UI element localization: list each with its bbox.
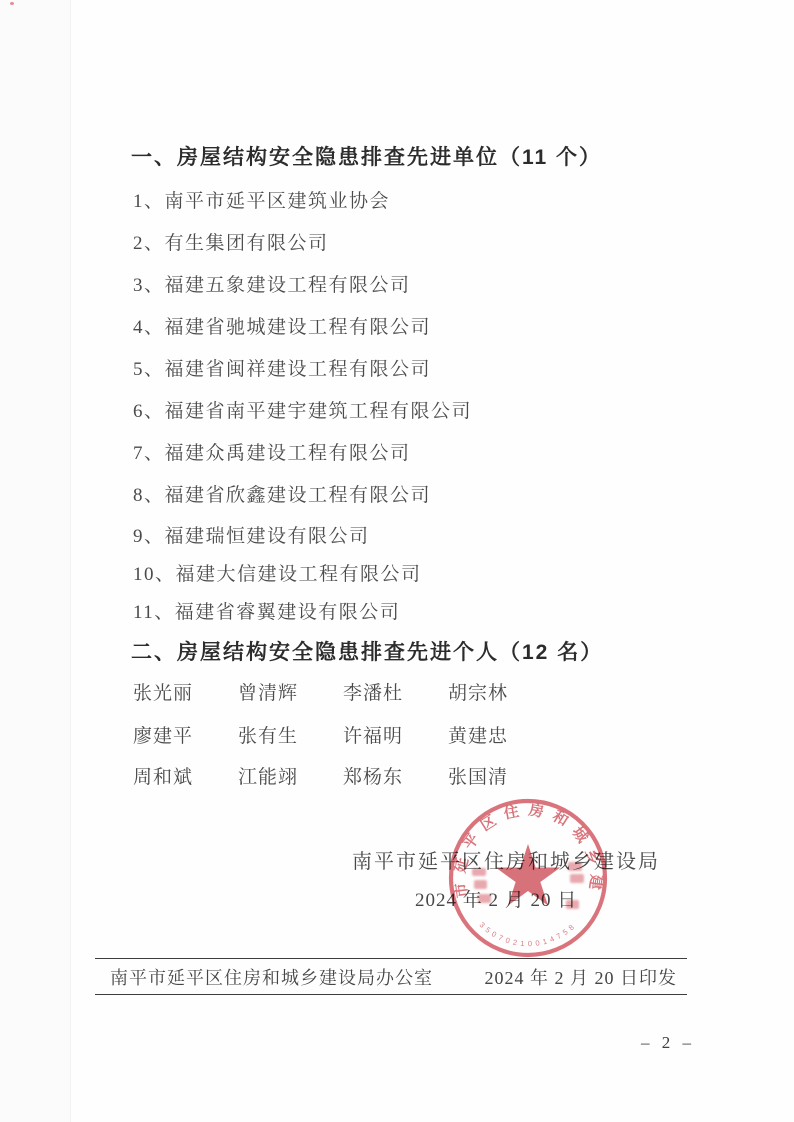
- unit-list-item: 5、福建省闽祥建设工程有限公司: [133, 354, 431, 381]
- person-name: 许福明: [343, 721, 403, 748]
- person-name: 郑杨东: [343, 762, 403, 789]
- person-name: 周和斌: [133, 762, 193, 789]
- seal-smudge-right: [566, 862, 584, 909]
- footer-print-date: 2024 年 2 月 20 日印发: [485, 964, 678, 990]
- scan-edge-band: [0, 0, 71, 1122]
- unit-list-item: 7、福建众禹建设工程有限公司: [133, 438, 411, 465]
- unit-list-item: 10、福建大信建设工程有限公司: [133, 559, 422, 586]
- scan-speck: [10, 2, 14, 5]
- person-name: 黄建忠: [448, 721, 508, 748]
- person-name: 张光丽: [133, 678, 193, 705]
- unit-list-item: 6、福建省南平建宇建筑工程有限公司: [133, 396, 472, 423]
- section-heading-units: 一、房屋结构安全隐患排查先进单位（11 个）: [131, 141, 602, 171]
- person-name: 江能翊: [238, 762, 298, 789]
- section-heading-individuals: 二、房屋结构安全隐患排查先进个人（12 名）: [131, 636, 603, 666]
- unit-list-item: 8、福建省欣鑫建设工程有限公司: [133, 480, 431, 507]
- names-row: 廖建平 张有生 许福明 黄建忠: [133, 721, 508, 748]
- unit-list-item: 11、福建省睿翼建设有限公司: [133, 597, 400, 624]
- unit-list-item: 2、有生集团有限公司: [133, 228, 329, 255]
- names-row: 周和斌 江能翊 郑杨东 张国清: [133, 762, 508, 789]
- unit-list-item: 1、南平市延平区建筑业协会: [133, 186, 390, 213]
- person-name: 张有生: [238, 721, 298, 748]
- page-number: – 2 –: [641, 1033, 695, 1053]
- document-footer: 南平市延平区住房和城乡建设局办公室 2024 年 2 月 20 日印发: [95, 958, 687, 995]
- person-name: 李潘杜: [343, 678, 403, 705]
- star-icon: [496, 844, 561, 906]
- person-name: 曾清辉: [238, 678, 298, 705]
- unit-list-item: 9、福建瑞恒建设有限公司: [133, 521, 370, 548]
- official-seal: 南平市延平区住房和城乡建设局 35070210014758: [446, 796, 610, 960]
- footer-issuing-office: 南平市延平区住房和城乡建设局办公室: [110, 964, 433, 990]
- unit-list-item: 3、福建五象建设工程有限公司: [133, 270, 411, 297]
- person-name: 胡宗林: [448, 678, 508, 705]
- person-name: 廖建平: [133, 721, 193, 748]
- unit-list-item: 4、福建省驰城建设工程有限公司: [133, 312, 431, 339]
- person-name: 张国清: [448, 762, 508, 789]
- seal-smudge-left: [472, 868, 491, 903]
- names-row: 张光丽 曾清辉 李潘杜 胡宗林: [133, 678, 508, 705]
- document-page: 一、房屋结构安全隐患排查先进单位（11 个） 1、南平市延平区建筑业协会 2、有…: [0, 0, 794, 1122]
